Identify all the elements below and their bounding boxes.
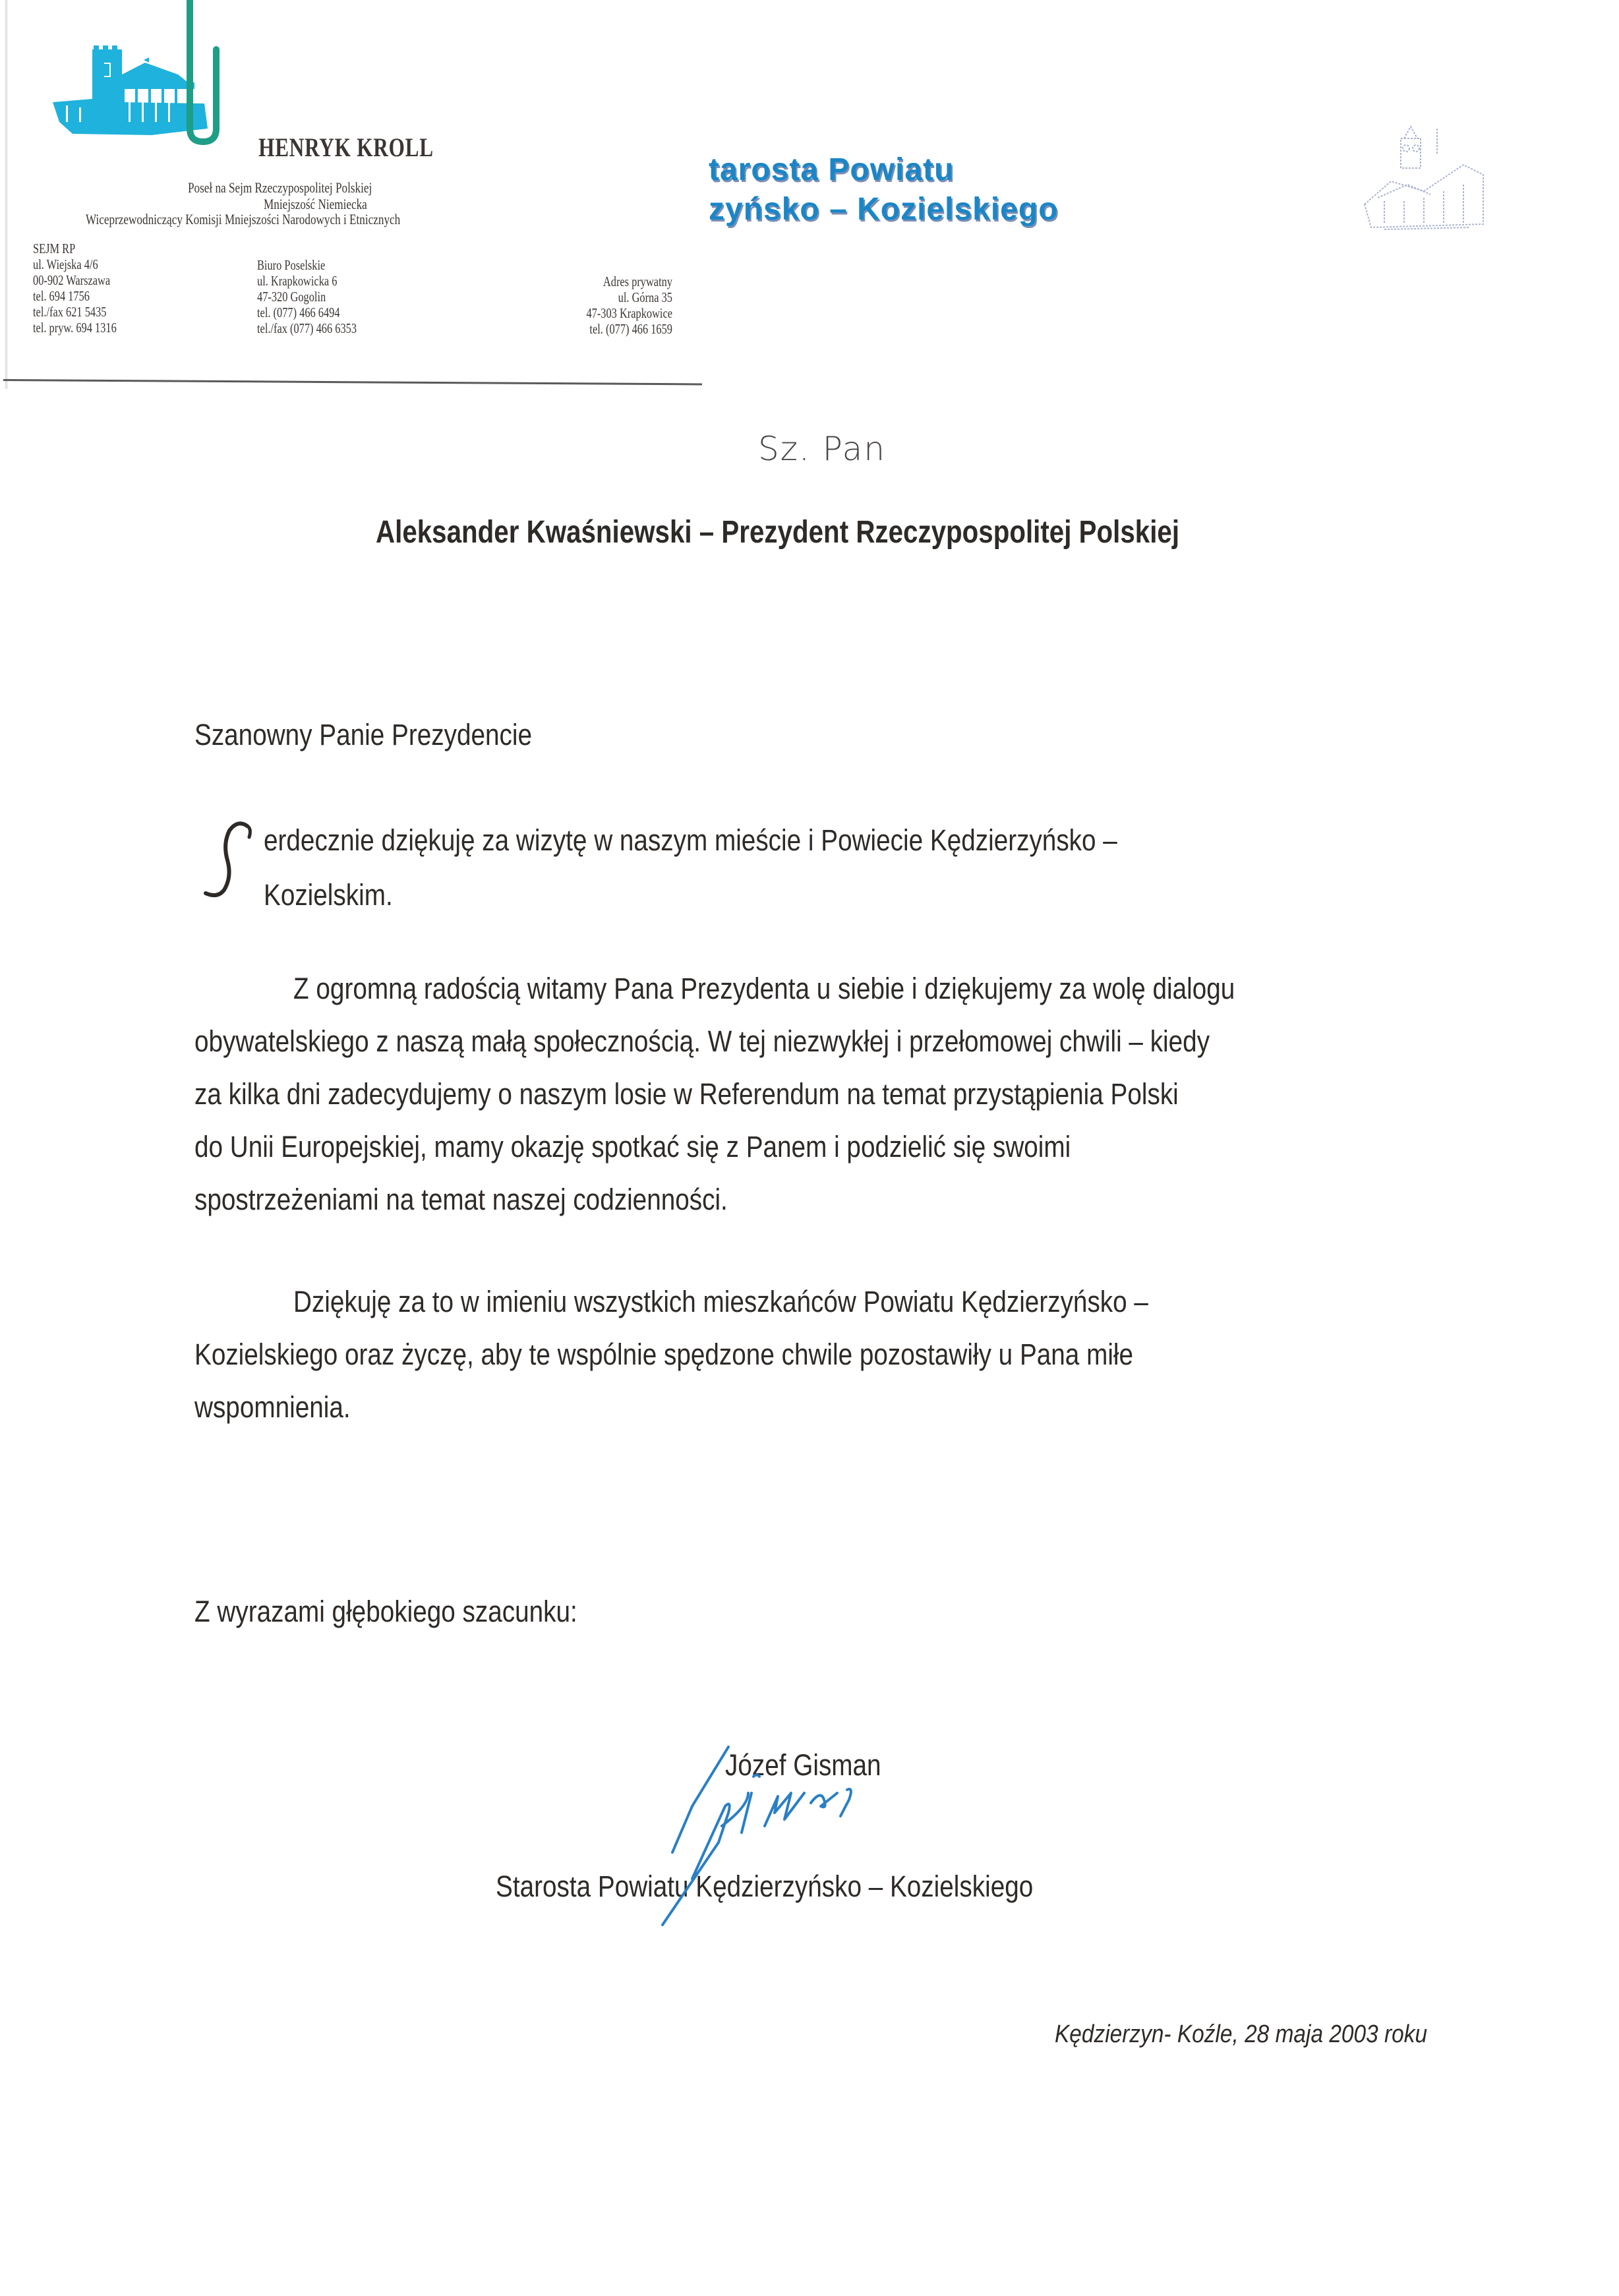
paragraph-2-line: za kilka dni zadecydujemy o naszym losie… — [194, 1068, 1339, 1121]
recipient-name: Aleksander Kwaśniewski – Prezydent Rzecz… — [376, 514, 1179, 550]
paragraph-1-text: Kozielskim. — [264, 869, 393, 922]
paragraph-1-line: Kozielskim. — [264, 869, 414, 922]
address-line: tel. (077) 466 1659 — [518, 321, 672, 337]
letterhead-title-line: Poseł na Sejm Rzeczypospolitej Polskiej — [188, 179, 372, 196]
address-line: tel. 694 1756 — [33, 288, 117, 304]
address-line: ul. Wiejska 4/6 — [33, 256, 117, 272]
paragraph-2-text: spostrzeżeniami na temat naszej codzienn… — [194, 1173, 728, 1226]
paragraph-3-text: Dziękuję za to w imieniu wszystkich mies… — [293, 1276, 1148, 1328]
address-line: Adres prywatny — [518, 274, 672, 289]
paragraph-3-line: wspomnienia. — [194, 1381, 376, 1434]
address-private: Adres prywatny ul. Górna 35 47-303 Krapk… — [518, 274, 672, 337]
address-line: tel. (077) 466 6494 — [257, 305, 357, 320]
paragraph-1-text: erdecznie dziękuję za wizytę w naszym mi… — [264, 814, 1117, 867]
paragraph-3-line: Dziękuję za to w imieniu wszystkich mies… — [293, 1276, 1444, 1328]
paragraph-2-text: za kilka dni zadecydujemy o naszym losie… — [194, 1068, 1179, 1121]
address-line: SEJM RP — [33, 241, 117, 256]
scan-edge — [5, 0, 8, 389]
paperclip-icon — [178, 0, 231, 148]
place-and-date: Kędzierzyn- Koźle, 28 maja 2003 roku — [1055, 2020, 1427, 2049]
address-line: 00-902 Warszawa — [33, 272, 117, 288]
paragraph-2-line: do Unii Europejskiej, mamy okazję spotka… — [194, 1121, 1214, 1173]
paragraph-3-text: Kozielskiego oraz życzę, aby te wspólnie… — [194, 1328, 1133, 1381]
address-line: ul. Górna 35 — [518, 289, 672, 305]
address-sejm: SEJM RP ul. Wiejska 4/6 00-902 Warszawa … — [33, 241, 117, 336]
paragraph-2-text: obywatelskiego z naszą małą społeczności… — [194, 1015, 1210, 1068]
letterhead-title-line: Wiceprzewodniczący Komisji Mniejszości N… — [86, 211, 400, 228]
address-line: 47-320 Gogolin — [257, 289, 357, 305]
paragraph-3-text: wspomnienia. — [194, 1381, 351, 1434]
paragraph-2-line: spostrzeżeniami na temat naszej codzienn… — [194, 1173, 814, 1226]
address-line: ul. Krapkowicka 6 — [257, 273, 357, 289]
starosta-line2: zyńsko – Kozielskiego — [709, 190, 1059, 229]
address-line: tel./fax 621 5435 — [33, 304, 117, 320]
recipient-prefix: Sz. Pan — [758, 430, 886, 468]
paragraph-2-text: Z ogromną radością witamy Pana Prezydent… — [293, 962, 1235, 1015]
starosta-letterhead: tarosta Powiatu zyńsko – Kozielskiego — [709, 150, 1059, 229]
closing-phrase: Z wyrazami głębokiego szacunku: — [194, 1585, 639, 1638]
salutation: Szanowny Panie Prezydencie — [194, 709, 532, 761]
starosta-line1: tarosta Powiatu — [709, 150, 1059, 190]
address-line: 47-303 Krapkowice — [518, 305, 672, 321]
address-office: Biuro Poselskie ul. Krapkowicka 6 47-320… — [257, 257, 357, 336]
handwritten-signature — [593, 1727, 976, 1945]
letterhead-divider — [3, 379, 702, 385]
paragraph-2-line: obywatelskiego z naszą małą społeczności… — [194, 1015, 1375, 1068]
closing-text: Z wyrazami głębokiego szacunku: — [194, 1585, 577, 1638]
letterhead-name: HENRYK KROLL — [231, 132, 462, 163]
address-line: Biuro Poselskie — [257, 257, 357, 273]
paragraph-2-line: Z ogromną radością witamy Pana Prezydent… — [293, 962, 1444, 1015]
address-line: tel. pryw. 694 1316 — [33, 320, 117, 336]
paragraph-1-line: erdecznie dziękuję za wizytę w naszym mi… — [264, 814, 1444, 867]
town-hall-icon — [1345, 119, 1503, 244]
paragraph-2-text: do Unii Europejskiej, mamy okazję spotka… — [194, 1121, 1071, 1173]
paragraph-3-line: Kozielskiego oraz życzę, aby te wspólnie… — [194, 1328, 1286, 1381]
address-line: tel./fax (077) 466 6353 — [257, 320, 357, 336]
